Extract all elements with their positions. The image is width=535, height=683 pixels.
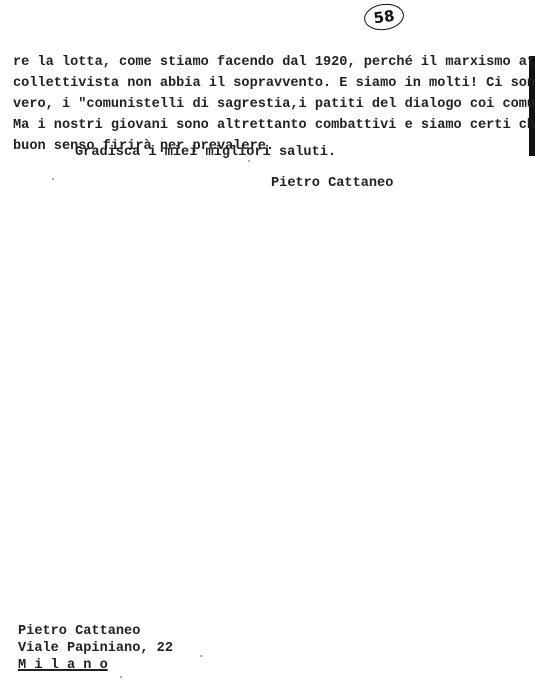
address-street: Viale Papiniano, 22 (18, 641, 173, 657)
body-line-3: vero, i "comunistelli di sagrestia,i pat… (13, 97, 535, 113)
body-line-1: re la lotta, come stiamo facendo dal 192… (13, 55, 535, 71)
address-city: M i l a n o (18, 658, 108, 674)
scan-speck (52, 178, 54, 180)
closing-line: Gradisca i miei migliori saluti. (75, 145, 336, 161)
address-name: Pietro Cattaneo (18, 624, 140, 640)
signature: Pietro Cattaneo (271, 176, 393, 192)
scanned-letter-page: 58 re la lotta, come stiamo facendo dal … (0, 0, 535, 683)
scan-speck (200, 655, 202, 657)
body-line-2: collettivista non abbia il sopravvento. … (13, 76, 535, 92)
handwritten-page-number: 58 (362, 1, 405, 32)
scan-speck (248, 160, 250, 162)
body-line-4: Ma i nostri giovani sono altrettanto com… (13, 118, 535, 134)
scan-speck (120, 676, 122, 678)
